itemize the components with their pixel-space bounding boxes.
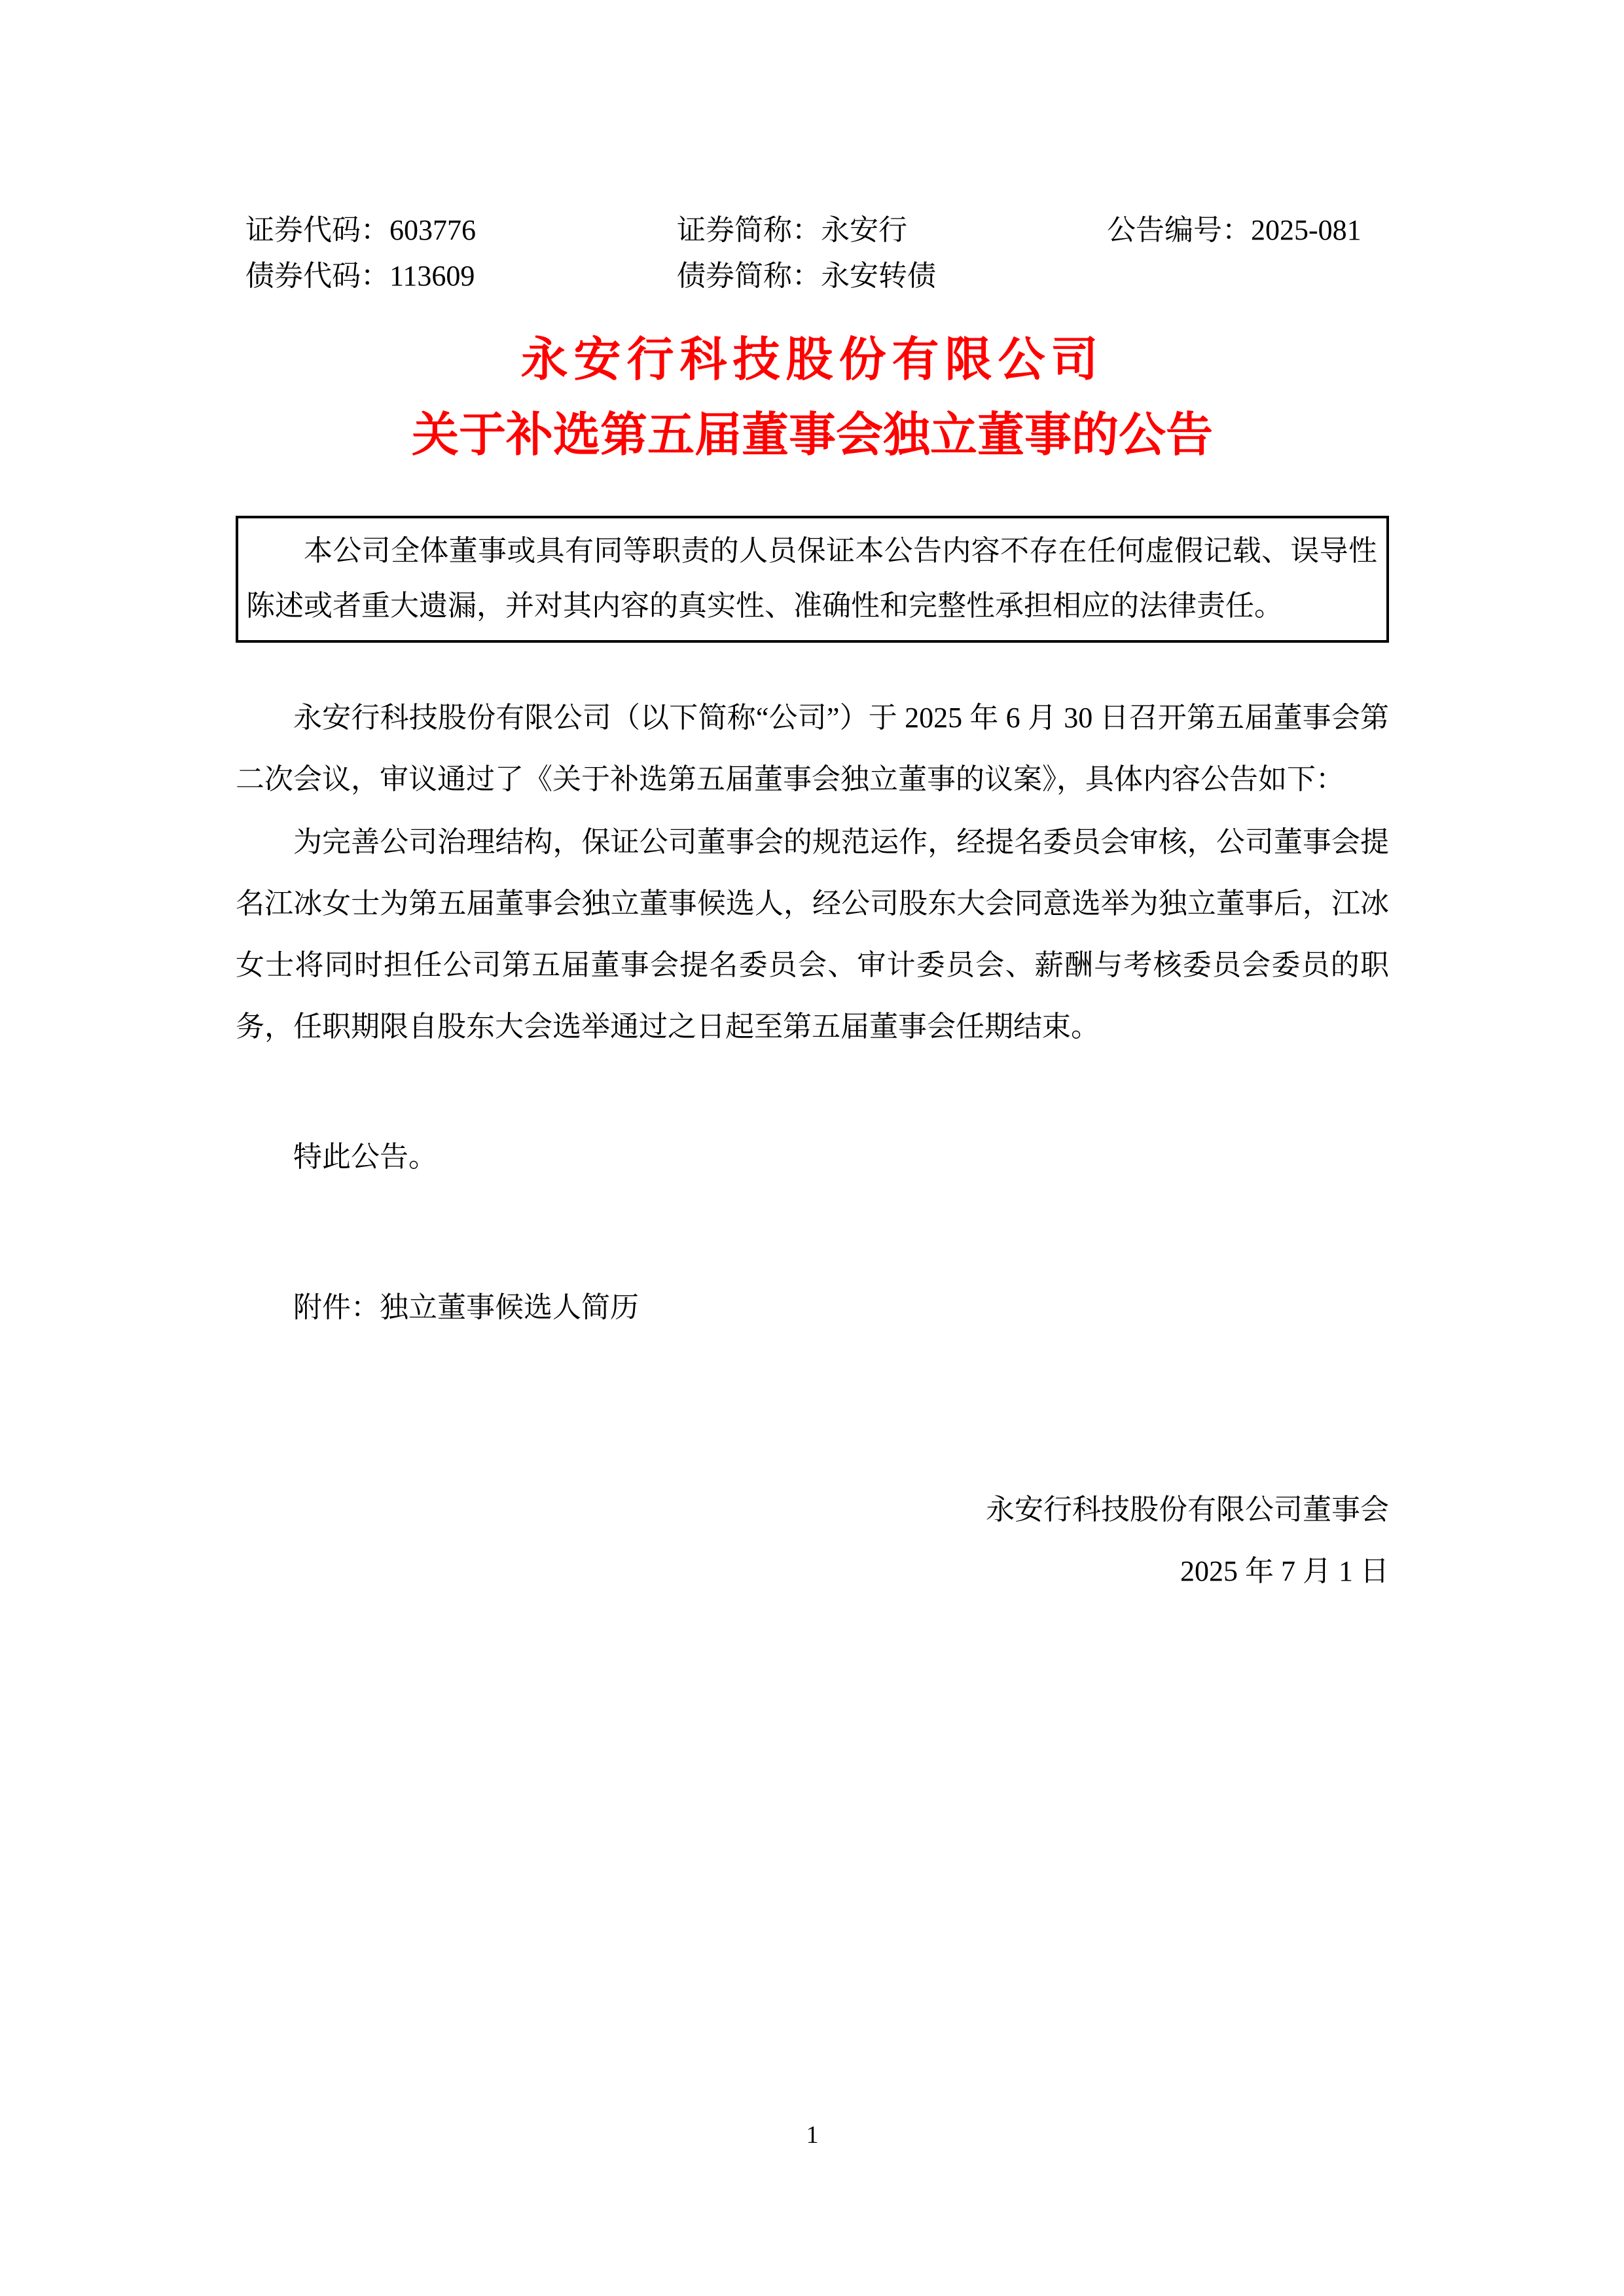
header-row-stock: 证券代码：603776 证券简称：永安行 公告编号：2025-081 xyxy=(236,213,1389,247)
signature-date: 2025 年 7 月 1 日 xyxy=(236,1541,1389,1602)
disclaimer-text: 本公司全体董事或具有同等职责的人员保证本公告内容不存在任何虚假记载、误导性陈述或… xyxy=(246,524,1377,634)
signature-block: 永安行科技股份有限公司董事会 2025 年 7 月 1 日 xyxy=(236,1479,1402,1602)
header-row-bond: 债券代码：113609 债券简称：永安转债 xyxy=(236,259,1389,293)
bond-name: 债券简称：永安转债 xyxy=(677,259,1107,293)
bond-code: 债券代码：113609 xyxy=(236,259,677,293)
stock-code: 证券代码：603776 xyxy=(236,213,677,247)
document-title-subject: 关于补选第五届董事会独立董事的公告 xyxy=(236,410,1389,460)
document-title-company: 永安行科技股份有限公司 xyxy=(236,335,1389,385)
body-paragraph-1: 永安行科技股份有限公司（以下简称“公司”）于 2025 年 6 月 30 日召开… xyxy=(236,687,1389,810)
announcement-document: 证券代码：603776 证券简称：永安行 公告编号：2025-081 债券代码：… xyxy=(0,0,1624,2296)
body-paragraph-2: 为完善公司治理结构，保证公司董事会的规范运作，经提名委员会审核，公司董事会提名江… xyxy=(236,812,1389,1058)
announcement-number: 公告编号：2025-081 xyxy=(1107,213,1389,247)
page-number: 1 xyxy=(236,2121,1389,2149)
stock-name: 证券简称：永安行 xyxy=(677,213,1107,247)
closing-statement: 特此公告。 xyxy=(236,1126,1389,1188)
signature-company: 永安行科技股份有限公司董事会 xyxy=(236,1479,1389,1541)
disclaimer-box: 本公司全体董事或具有同等职责的人员保证本公告内容不存在任何虚假记载、误导性陈述或… xyxy=(236,516,1389,643)
attachment-note: 附件：独立董事候选人简历 xyxy=(236,1277,1389,1338)
